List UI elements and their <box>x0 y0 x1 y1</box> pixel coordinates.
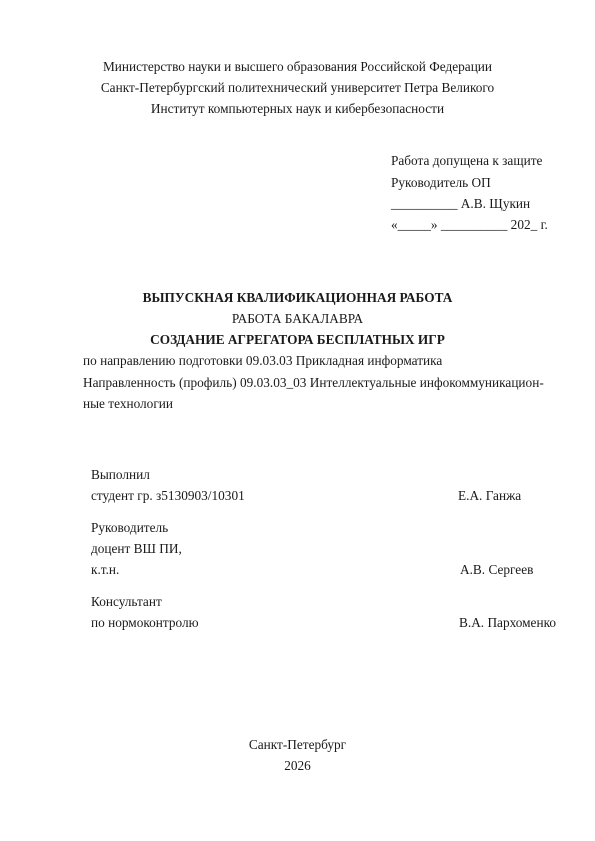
footer-city: Санкт-Петербург <box>0 737 595 753</box>
approval-date: «_____» __________ 202_ г. <box>391 217 548 233</box>
approval-signature: __________ А.В. Щукин <box>391 196 530 212</box>
approval-admitted: Работа допущена к защите <box>391 153 542 169</box>
study-profile-line1: Направленность (профиль) 09.03.03_03 Инт… <box>83 375 544 391</box>
institute-name: Институт компьютерных наук и кибербезопа… <box>0 101 595 117</box>
signature-role: студент гр. з5130903/10301 <box>91 488 245 504</box>
footer-year: 2026 <box>0 758 595 774</box>
signature-role: Руководитель <box>91 520 168 536</box>
approval-head-op: Руководитель ОП <box>391 175 491 191</box>
signature-name: А.В. Сергеев <box>460 562 533 578</box>
title-page: Министерство науки и высшего образования… <box>0 0 595 841</box>
study-profile-line2: ные технологии <box>83 396 173 412</box>
signature-role: к.т.н. <box>91 562 119 578</box>
signature-name: Е.А. Ганжа <box>458 488 521 504</box>
study-direction: по направлению подготовки 09.03.03 Прикл… <box>83 353 442 369</box>
signature-role: Выполнил <box>91 467 150 483</box>
work-subtype: РАБОТА БАКАЛАВРА <box>0 311 595 327</box>
signature-role: по нормоконтролю <box>91 615 199 631</box>
signature-role: Консультант <box>91 594 162 610</box>
signature-role: доцент ВШ ПИ, <box>91 541 182 557</box>
work-type: ВЫПУСКНАЯ КВАЛИФИКАЦИОННАЯ РАБОТА <box>0 290 595 306</box>
university-name: Санкт-Петербургский политехнический унив… <box>0 80 595 96</box>
ministry-name: Министерство науки и высшего образования… <box>0 59 595 75</box>
signature-name: В.А. Пархоменко <box>459 615 556 631</box>
work-title: СОЗДАНИЕ АГРЕГАТОРА БЕСПЛАТНЫХ ИГР <box>0 332 595 348</box>
